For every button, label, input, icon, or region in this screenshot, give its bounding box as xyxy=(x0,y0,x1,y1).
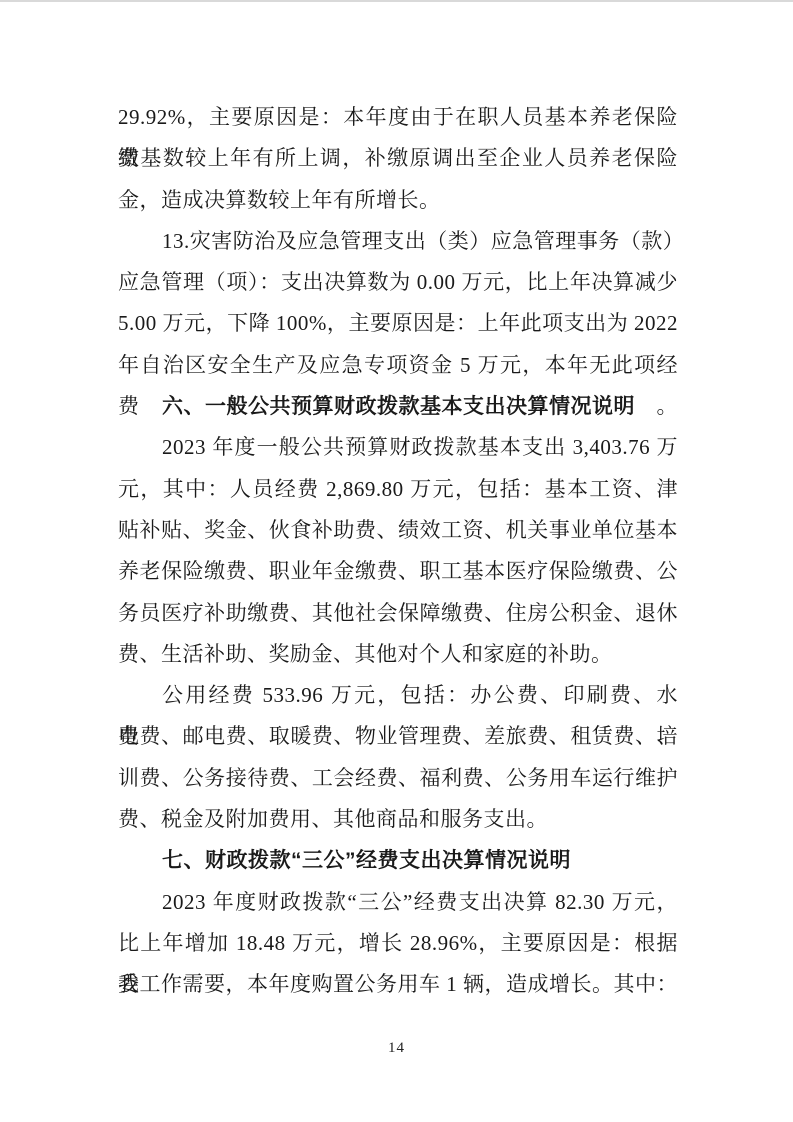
text-line: 电费、邮电费、取暖费、物业管理费、差旅费、租赁费、培 xyxy=(118,716,678,757)
text-line: 比上年增加 18.48 万元，增长 28.96%，主要原因是：根据我 xyxy=(118,923,678,964)
page-top-edge xyxy=(0,0,793,2)
text-line: 务员医疗补助缴费、其他社会保障缴费、住房公积金、退休 xyxy=(118,593,678,634)
text-line: 金，造成决算数较上年有所增长。 xyxy=(118,180,678,221)
text-line: 应急管理（项）：支出决算数为 0.00 万元，比上年决算减少 xyxy=(118,262,678,303)
document-body: 29.92%，主要原因是：本年度由于在职人员基本养老保险缴 费基数较上年有所上调… xyxy=(118,97,678,1006)
text-line: 5.00 万元，下降 100%，主要原因是：上年此项支出为 2022 xyxy=(118,303,678,344)
text-line: 费、税金及附加费用、其他商品和服务支出。 xyxy=(118,799,678,840)
section-heading: 六、一般公共预算财政拨款基本支出决算情况说明 xyxy=(118,386,678,427)
document-page: 29.92%，主要原因是：本年度由于在职人员基本养老保险缴 费基数较上年有所上调… xyxy=(0,0,793,1122)
section-heading: 七、财政拨款“三公”经费支出决算情况说明 xyxy=(118,840,678,881)
text-line: 费、生活补助、奖励金、其他对个人和家庭的补助。 xyxy=(118,634,678,675)
text-line: 13.灾害防治及应急管理支出（类）应急管理事务（款） xyxy=(118,221,678,262)
text-line: 2023 年度一般公共预算财政拨款基本支出 3,403.76 万 xyxy=(118,427,678,468)
text-line: 委工作需要，本年度购置公务用车 1 辆，造成增长。其中： xyxy=(118,964,678,1005)
text-line: 贴补贴、奖金、伙食补助费、绩效工资、机关事业单位基本 xyxy=(118,510,678,551)
text-line: 训费、公务接待费、工会经费、福利费、公务用车运行维护 xyxy=(118,758,678,799)
text-line: 费基数较上年有所上调，补缴原调出至企业人员养老保险 xyxy=(118,138,678,179)
text-line: 公用经费 533.96 万元，包括：办公费、印刷费、水费、 xyxy=(118,675,678,716)
text-line: 2023 年度财政拨款“三公”经费支出决算 82.30 万元， xyxy=(118,882,678,923)
text-line: 年自治区安全生产及应急专项资金 5 万元，本年无此项经费。 xyxy=(118,345,678,386)
text-line: 29.92%，主要原因是：本年度由于在职人员基本养老保险缴 xyxy=(118,97,678,138)
page-number: 14 xyxy=(0,1040,793,1057)
text-line: 元，其中：人员经费 2,869.80 万元，包括：基本工资、津 xyxy=(118,469,678,510)
text-line: 养老保险缴费、职业年金缴费、职工基本医疗保险缴费、公 xyxy=(118,551,678,592)
